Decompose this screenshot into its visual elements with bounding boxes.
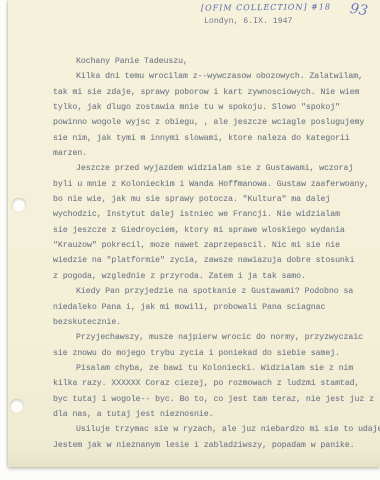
letter-line: Pisalam chyba, ze bawi tu Koloniecki. Wi… xyxy=(53,361,377,376)
letter-line: z pogoda, wzglednie z przyroda. Zatem i … xyxy=(53,269,377,284)
letter-line: byc tutaj i wogole-- byc. Bo to, co jest… xyxy=(53,392,377,407)
letter-line: Kiedy Pan przyjedzie na spotkanie z Gust… xyxy=(53,284,377,299)
letter-line: "Krauzow" pokrecil, moze nawet zaprzepas… xyxy=(53,238,377,253)
letter-line: Kochany Panie Tadeuszu, xyxy=(53,54,377,69)
letter-dateline: Londyn, 6.IX. 1947 xyxy=(204,17,292,26)
letter-line: bo nie wie, jak mu sie sprawy potocza. "… xyxy=(53,192,377,207)
letter-line: Jestem jak w nieznanym lesie i zabladziw… xyxy=(53,438,377,453)
letter-line: dla nas, a tutaj jest nieznosnie. xyxy=(53,407,377,422)
letter-line: niedaleko Pana i, jak mi mowili, probowa… xyxy=(53,300,377,315)
letter-line: wychodzic, Instytut dalej istniec we Fra… xyxy=(53,207,377,222)
letter-line: wiedzie na "platformie" zycia, zawsze na… xyxy=(53,253,377,268)
letter-line: byli u mnie z Kolonieckim i Wanda Hoffma… xyxy=(53,177,377,192)
letter-line: kilka razy. XXXXXX Coraz ciezej, po rozm… xyxy=(53,376,377,391)
letter-line: Przyjechawszy, musze najpierw wrocic do … xyxy=(53,330,377,345)
letter-page: [OFIM COLLECTION] #18 93 Londyn, 6.IX. 1… xyxy=(8,0,380,467)
page-number-annotation: 93 xyxy=(349,1,369,19)
collection-stamp-annotation: [OFIM COLLECTION] #18 xyxy=(201,2,331,12)
punch-hole xyxy=(12,198,26,212)
letter-line: sie nim, jak tymi m innymi slowami, ktor… xyxy=(53,131,377,146)
letter-body: Kochany Panie Tadeuszu,Kilka dni temu wr… xyxy=(53,54,377,453)
letter-line: Jeszcze przed wyjazdem widzialam sie z G… xyxy=(53,161,377,176)
letter-line: tak mi sie zdaje, sprawy poborow i kart … xyxy=(53,85,377,100)
punch-hole xyxy=(10,399,24,413)
letter-line: sie jeszcze z Giedroyciem, ktory mi spra… xyxy=(53,223,377,238)
letter-line: tylko, jak dlugo zostawia mnie tu w spok… xyxy=(53,100,377,115)
letter-line: Usiluje trzymac sie w ryzach, ale juz ni… xyxy=(53,422,377,437)
letter-line: sie znowu do mojego trybu zycia i poniek… xyxy=(53,346,377,361)
letter-line: bezskutecznie. xyxy=(53,315,377,330)
letter-line: powinno wogole wyjsc z obiegu, , ale jes… xyxy=(53,115,377,130)
letter-line: Kilka dni temu wrocilam z--wywczasow obo… xyxy=(53,69,377,84)
letter-line: marzen. xyxy=(53,146,377,161)
